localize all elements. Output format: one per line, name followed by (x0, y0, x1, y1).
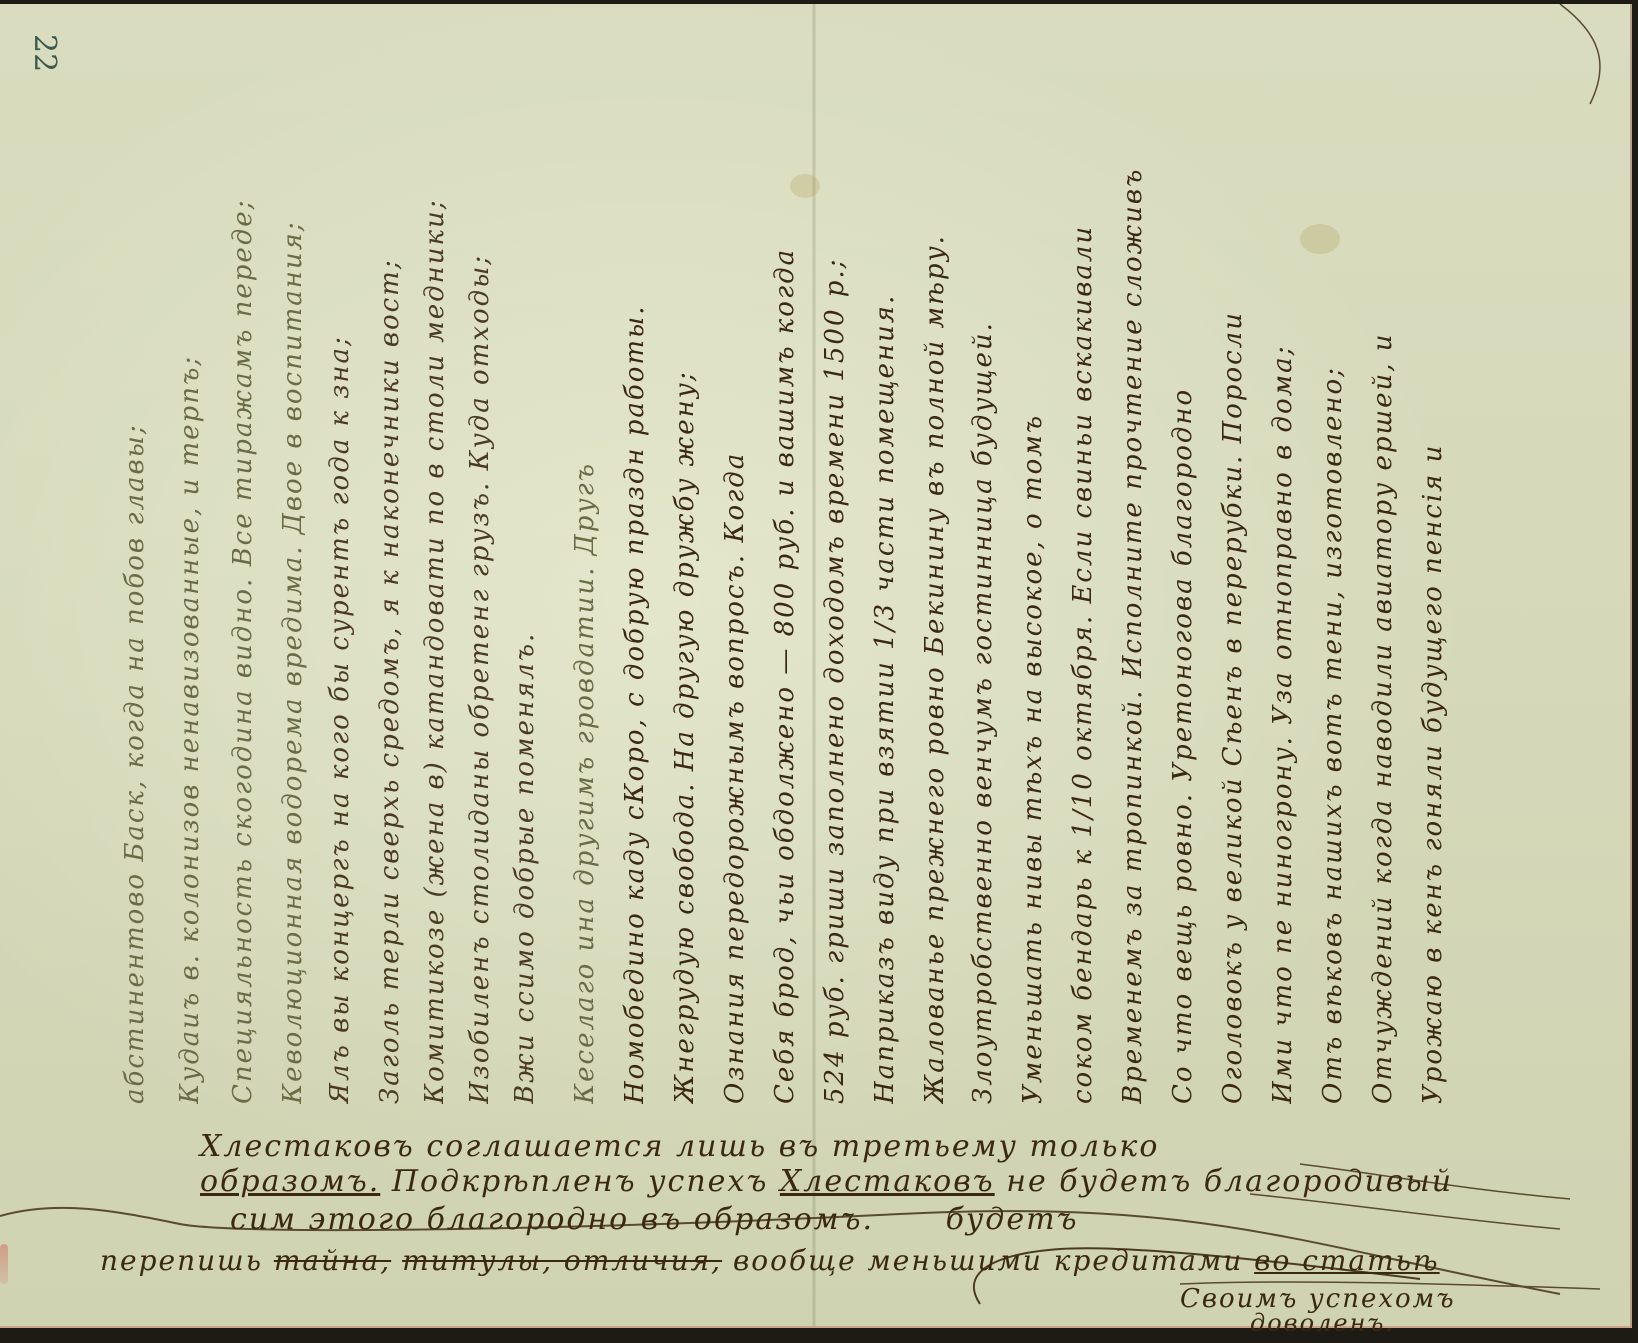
manuscript-scan: 22 абстинентово Баск, когда на побов гла… (0, 0, 1638, 1343)
struck-word: титулы, отличия, (402, 1244, 722, 1277)
closing-phrase: вообще меньшими кредитами (733, 1244, 1243, 1277)
underlined-name: Хлестаковъ (780, 1164, 995, 1199)
paper-sheet: 22 абстинентово Баск, когда на побов гла… (0, 4, 1632, 1328)
underlined-word: образомъ. (200, 1164, 380, 1199)
closing-line-4: перепишь тайна, титулы, отличия, вообще … (100, 1244, 1440, 1277)
closing-phrase: перепишь (100, 1244, 263, 1277)
pen-strokes (0, 4, 1630, 1326)
closing-line-1: Хлестаковъ соглашается лишь въ третьему … (200, 1129, 1159, 1164)
closing-phrase: не будетъ (1006, 1164, 1192, 1199)
closing-line-2: образомъ. Подкрѣпленъ успехъ Хлестаковъ … (200, 1164, 1453, 1199)
closing-phrase: будетъ (946, 1202, 1079, 1237)
closing-phrase: сим этого благородно въ образомъ. (230, 1202, 874, 1237)
struck-word: тайна, (274, 1244, 391, 1277)
closing-phrase: благородивый (1204, 1164, 1453, 1199)
closing-phrase: Подкрѣпленъ успехъ (392, 1164, 769, 1199)
closing-line-3: сим этого благородно въ образомъ. будетъ (230, 1202, 1079, 1237)
closing-line-6: доволенъ. (1250, 1309, 1395, 1337)
closing-phrase: во статьѣ (1254, 1244, 1439, 1277)
